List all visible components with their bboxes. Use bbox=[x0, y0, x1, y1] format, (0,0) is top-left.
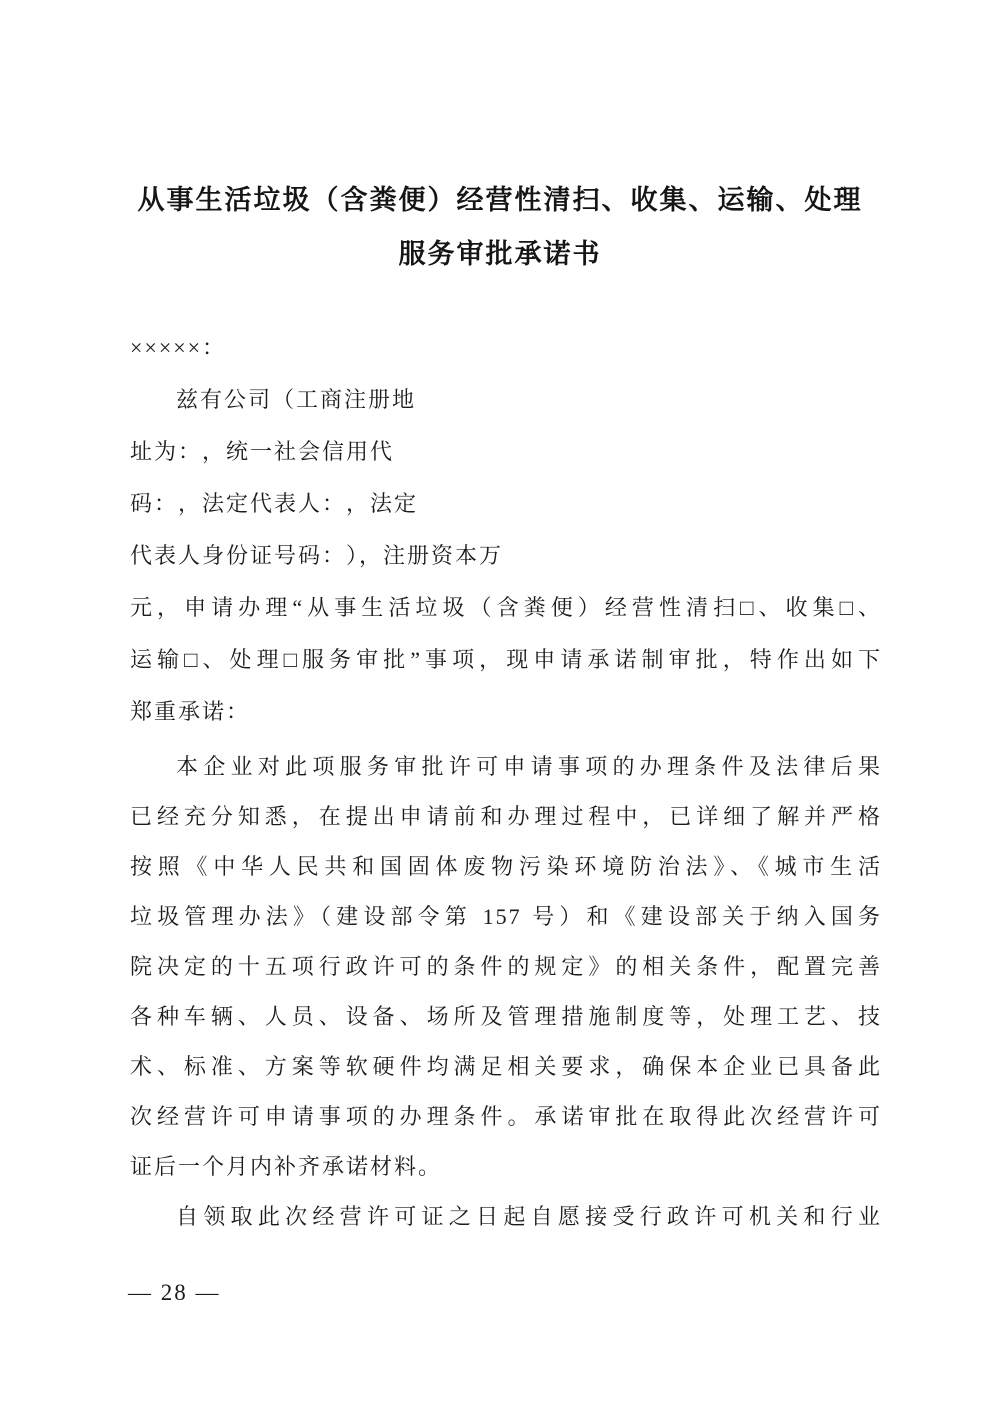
credit-code-lead: ，统一社会信用代 bbox=[202, 426, 394, 478]
body-line: 运输□、处理□服务审批”事项，现申请承诺制审批，特作出如下 bbox=[130, 634, 882, 686]
paragraph-indent bbox=[130, 374, 176, 426]
body-line: 本企业对此项服务审批许可申请事项的办理条件及法律后果 bbox=[130, 742, 882, 792]
body-line: 垃圾管理办法》（建设部令第 157 号）和《建设部关于纳入国务 bbox=[130, 892, 882, 942]
body-line: 术、标准、方案等软硬件均满足相关要求，确保本企业已具备此 bbox=[130, 1042, 882, 1092]
body-line: 自领取此次经营许可证之日起自愿接受行政许可机关和行业 bbox=[130, 1192, 882, 1242]
id-number-label: 代表人身份证号码： bbox=[130, 530, 346, 582]
address-label: 址为： bbox=[130, 426, 202, 478]
doc-title-line2: 服务审批承诺书 bbox=[0, 232, 1000, 271]
commitment-paragraph: 本企业对此项服务审批许可申请事项的办理条件及法律后果 已经充分知悉，在提出申请前… bbox=[130, 742, 882, 1242]
doc-title-line1: 从事生活垃圾（含粪便）经营性清扫、收集、运输、处理 bbox=[0, 178, 1000, 217]
page-number: — 28 — bbox=[128, 1268, 221, 1318]
form-line-company: 兹有 公司（工商注册地 bbox=[130, 374, 882, 426]
body-line: 院决定的十五项行政许可的条件的规定》的相关条件，配置完善 bbox=[130, 942, 882, 992]
form-line-id-capital: 代表人身份证号码： ），注册资本 万 bbox=[130, 530, 882, 582]
body-line: 按照《中华人民共和国固体废物污染环境防治法》、《城市生活 bbox=[130, 842, 882, 892]
body-line: 证后一个月内补齐承诺材料。 bbox=[130, 1142, 882, 1192]
document-page: 从事生活垃圾（含粪便）经营性清扫、收集、运输、处理 服务审批承诺书 ×××××：… bbox=[0, 0, 1000, 1414]
registered-capital-label: ），注册资本 bbox=[346, 530, 479, 582]
body-line: 元，申请办理“从事生活垃圾（含粪便）经营性清扫□、收集□、 bbox=[130, 582, 882, 634]
legal-representative-label: ，法定代表人： bbox=[178, 478, 346, 530]
company-suffix: 公司（工商注册地 bbox=[224, 374, 416, 426]
capital-unit: 万 bbox=[479, 530, 503, 582]
doc-body: ×××××： 兹有 公司（工商注册地 址为： ，统一社会信用代 码： ，法定代表… bbox=[130, 322, 882, 1242]
body-line: 次经营许可申请事项的办理条件。承诺审批在取得此次经营许可 bbox=[130, 1092, 882, 1142]
form-line-code-representative: 码： ，法定代表人： ，法定 bbox=[130, 478, 882, 530]
body-line: 已经充分知悉，在提出申请前和办理过程中，已详细了解并严格 bbox=[130, 792, 882, 842]
body-line: 郑重承诺： bbox=[130, 686, 882, 738]
company-label: 兹有 bbox=[176, 374, 224, 426]
form-line-address: 址为： ，统一社会信用代 bbox=[130, 426, 882, 478]
body-line: 各种车辆、人员、设备、场所及管理措施制度等，处理工艺、技 bbox=[130, 992, 882, 1042]
legal-lead: ，法定 bbox=[346, 478, 418, 530]
code-label: 码： bbox=[130, 478, 178, 530]
salutation-line: ×××××： bbox=[130, 322, 882, 374]
